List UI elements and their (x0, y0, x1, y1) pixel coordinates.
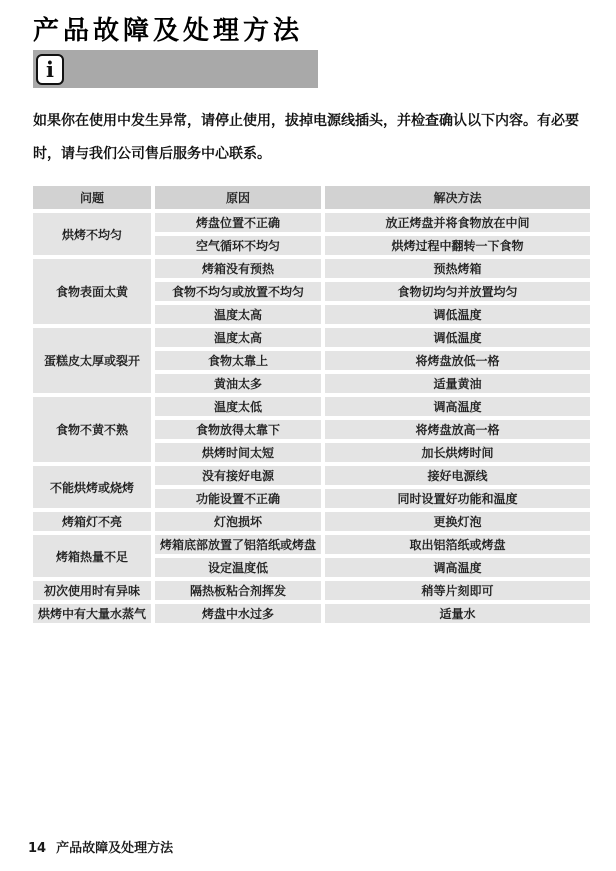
solution-cell: 取出铝箔纸或烤盘 (325, 535, 590, 554)
problem-cell: 烤箱热量不足 (33, 535, 151, 577)
intro-paragraph: 如果你在使用中发生异常，请停止使用，拔掉电源线插头，并检查确认以下内容。有必要 … (33, 105, 593, 171)
cause-cell: 食物不均匀或放置不均匀 (155, 282, 321, 301)
solution-cell: 调高温度 (325, 397, 590, 416)
cause-cell: 温度太低 (155, 397, 321, 416)
page-title: 产品故障及处理方法 (33, 10, 303, 47)
table-row: 烤箱灯不亮灯泡损坏更换灯泡 (33, 512, 590, 531)
solution-cell: 将烤盘放低一格 (325, 351, 590, 370)
column-header-problem: 问题 (33, 186, 151, 209)
solution-cell: 食物切均匀并放置均匀 (325, 282, 590, 301)
solution-cell: 调高温度 (325, 558, 590, 577)
solution-cell: 预热烤箱 (325, 259, 590, 278)
solution-cell: 同时设置好功能和温度 (325, 489, 590, 508)
solution-cell: 稍等片刻即可 (325, 581, 590, 600)
table-row: 烤箱热量不足烤箱底部放置了铝箔纸或烤盘取出铝箔纸或烤盘 (33, 535, 590, 554)
cause-cell: 食物放得太靠下 (155, 420, 321, 439)
solution-cell: 放正烤盘并将食物放在中间 (325, 213, 590, 232)
problem-cell: 蛋糕皮太厚或裂开 (33, 328, 151, 393)
problem-cell: 食物不黄不熟 (33, 397, 151, 462)
solution-cell: 将烤盘放高一格 (325, 420, 590, 439)
problem-cell: 烘烤中有大量水蒸气 (33, 604, 151, 623)
intro-line-1: 如果你在使用中发生异常，请停止使用，拔掉电源线插头，并检查确认以下内容。有必要 (33, 105, 593, 138)
column-header-cause: 原因 (155, 186, 321, 209)
problem-cell: 初次使用时有异味 (33, 581, 151, 600)
problem-cell: 不能烘烤或烧烤 (33, 466, 151, 508)
footer-section-title: 产品故障及处理方法 (56, 837, 173, 856)
solution-cell: 适量黄油 (325, 374, 590, 393)
table-row: 烘烤不均匀烤盘位置不正确放正烤盘并将食物放在中间 (33, 213, 590, 232)
cause-cell: 设定温度低 (155, 558, 321, 577)
table-body: 烘烤不均匀烤盘位置不正确放正烤盘并将食物放在中间空气循环不均匀烘烤过程中翻转一下… (33, 213, 590, 623)
cause-cell: 没有接好电源 (155, 466, 321, 485)
solution-cell: 烘烤过程中翻转一下食物 (325, 236, 590, 255)
problem-cell: 烘烤不均匀 (33, 213, 151, 255)
page-footer: 14 产品故障及处理方法 (28, 837, 173, 856)
cause-cell: 烤箱没有预热 (155, 259, 321, 278)
cause-cell: 烤箱底部放置了铝箔纸或烤盘 (155, 535, 321, 554)
table-row: 食物不黄不熟温度太低调高温度 (33, 397, 590, 416)
solution-cell: 适量水 (325, 604, 590, 623)
solution-cell: 调低温度 (325, 328, 590, 347)
table-row: 烘烤中有大量水蒸气烤盘中水过多适量水 (33, 604, 590, 623)
problem-cell: 烤箱灯不亮 (33, 512, 151, 531)
problem-cell: 食物表面太黄 (33, 259, 151, 324)
intro-line-2: 时，请与我们公司售后服务中心联系。 (33, 138, 593, 171)
cause-cell: 温度太高 (155, 305, 321, 324)
troubleshooting-table: 问题 原因 解决方法 烘烤不均匀烤盘位置不正确放正烤盘并将食物放在中间空气循环不… (29, 182, 594, 627)
cause-cell: 烘烤时间太短 (155, 443, 321, 462)
table-row: 不能烘烤或烧烤没有接好电源接好电源线 (33, 466, 590, 485)
cause-cell: 烤盘中水过多 (155, 604, 321, 623)
info-icon: i (36, 54, 64, 85)
page-number: 14 (28, 841, 46, 856)
table-header-row: 问题 原因 解决方法 (33, 186, 590, 209)
cause-cell: 空气循环不均匀 (155, 236, 321, 255)
table-row: 初次使用时有异味隔热板粘合剂挥发稍等片刻即可 (33, 581, 590, 600)
column-header-solution: 解决方法 (325, 186, 590, 209)
info-banner: i (33, 50, 318, 88)
cause-cell: 黄油太多 (155, 374, 321, 393)
solution-cell: 调低温度 (325, 305, 590, 324)
cause-cell: 灯泡损坏 (155, 512, 321, 531)
cause-cell: 隔热板粘合剂挥发 (155, 581, 321, 600)
solution-cell: 加长烘烤时间 (325, 443, 590, 462)
table-row: 蛋糕皮太厚或裂开温度太高调低温度 (33, 328, 590, 347)
solution-cell: 更换灯泡 (325, 512, 590, 531)
cause-cell: 温度太高 (155, 328, 321, 347)
cause-cell: 食物太靠上 (155, 351, 321, 370)
cause-cell: 烤盘位置不正确 (155, 213, 321, 232)
cause-cell: 功能设置不正确 (155, 489, 321, 508)
table-row: 食物表面太黄烤箱没有预热预热烤箱 (33, 259, 590, 278)
solution-cell: 接好电源线 (325, 466, 590, 485)
